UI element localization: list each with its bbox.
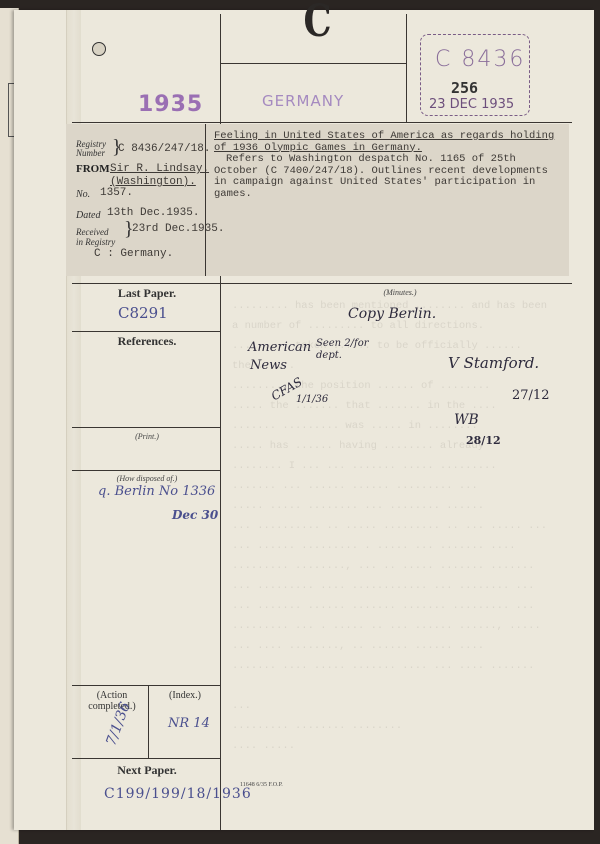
country-stamp: GERMANY [262,92,344,110]
index-value: NR 14 [168,716,210,731]
how-disposed-label: (How disposed of.) [72,474,222,483]
last-paper-value: C8291 [118,304,168,322]
despatch-number: 1357. [100,187,133,199]
minute-stamford: V Stamford. [448,354,539,372]
how-disposed-value: q. Berlin No 1336 [98,484,215,499]
minutes-label: (Minutes.) [370,288,430,297]
punch-hole-icon [92,42,106,56]
minute-date-27-12: 27/12 [512,388,549,403]
scan-background [594,0,600,844]
category: C : Germany. [94,248,173,260]
minute-news: News [250,358,287,373]
registry-number-label: Registry Number [76,140,116,161]
subject-title: Feeling in United States of America as r… [214,131,564,154]
minute-date-28-12: 28/12 [466,434,501,447]
references-label: References. [72,334,222,349]
subject-body: Refers to Washington despatch No. 1165 o… [214,154,564,200]
minute-american: American [248,340,311,355]
from-label: FROM [76,163,110,175]
index-label: (Index.) [150,690,220,701]
dated-value: 13th Dec.1935. [107,207,199,219]
printer-mark: 11648 6/35 F.O.P. [240,782,283,788]
sender-name: Sir R. Lindsay. [110,163,209,175]
registry-date-stamp: C 8436 256 23 DEC 1935 [420,34,530,116]
divider [72,283,572,284]
last-paper-label: Last Paper. [72,286,222,301]
column-divider [406,14,407,122]
number-label: No. [76,190,90,199]
divider [220,63,406,64]
dated-label: Dated [76,211,100,220]
minute-initials-wb: WB [454,412,479,428]
stamp-number: 256 [451,79,478,97]
how-disposed-date: Dec 30 [172,508,218,522]
received-label: Received in Registry [76,227,115,247]
minute-date-1-1-36: 1/1/36 [296,394,328,405]
received-value: 23rd Dec.1935. [132,223,224,235]
department-letter: C [304,0,332,47]
divider [72,427,220,428]
divider [72,685,220,686]
divider [72,122,572,123]
registry-number: C 8436/247/18. [118,143,210,155]
stamp-reference: C 8436 [435,47,525,72]
file-year: 1935 [138,92,203,117]
action-completed-label: (Action completed.) [78,690,146,712]
minute-copy-berlin: Copy Berlin. [348,306,436,322]
from-sender: Sir R. Lindsay. (Washington). [110,163,209,189]
next-paper-label: Next Paper. [72,763,222,778]
subject-summary: Feeling in United States of America as r… [214,131,564,200]
divider [72,470,220,471]
next-paper-value: C199/199/18/1936 [104,786,252,802]
divider [72,331,220,332]
minute-seen-dept: Seen 2/for dept. [316,338,376,362]
print-label: (Print.) [72,432,222,441]
stamp-date: 23 DEC 1935 [429,97,514,112]
divider [72,758,220,759]
divider [148,686,149,758]
